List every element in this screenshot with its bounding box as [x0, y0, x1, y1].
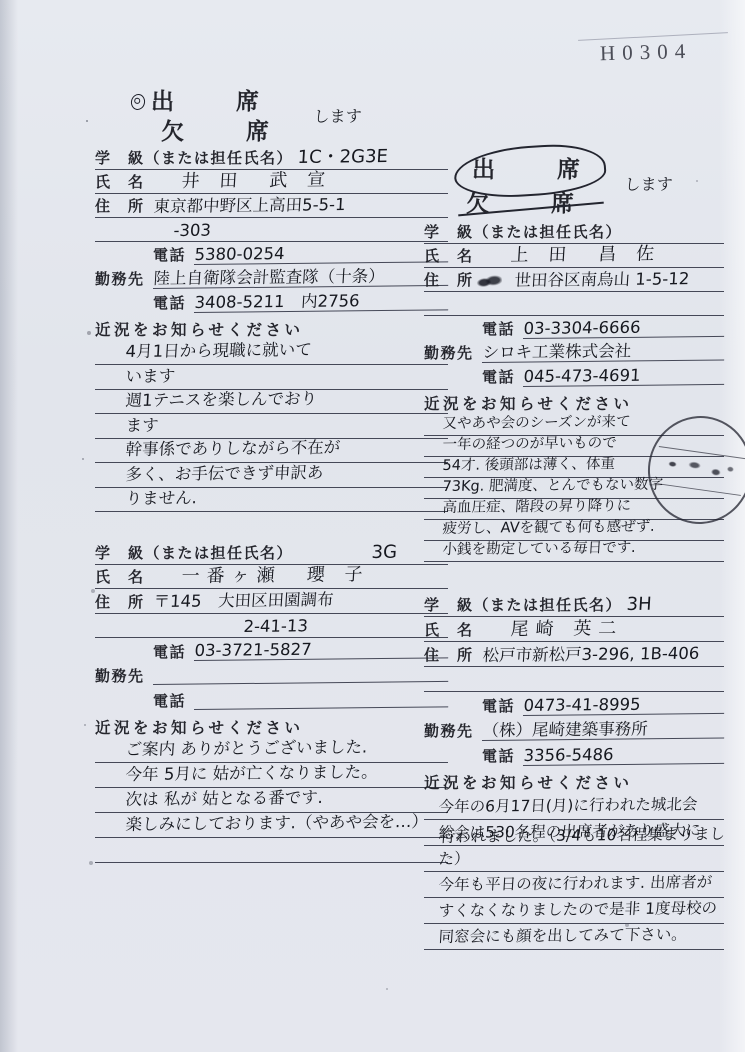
workplace-value: [153, 681, 449, 685]
address-value: 世田谷区南烏山 1-5-12: [514, 271, 690, 289]
address-row: 住 所 世田谷区南烏山 1-5-12: [424, 268, 724, 292]
phone-row: 電話 0473-41-8995: [424, 692, 724, 717]
phone-label: 電話: [482, 323, 515, 338]
attend-label: 出席: [151, 90, 321, 113]
circle-mark-icon: [129, 93, 146, 112]
address-row-2: [424, 667, 724, 692]
name-label: 氏 名: [95, 571, 145, 586]
name-row: 氏 名 一番ヶ瀬 瓔 子: [95, 565, 448, 590]
phone-value: 5380-0254: [194, 244, 449, 264]
remarks-line: 4月1日から現職に就いて: [95, 341, 448, 366]
phone-value: 03-3721-5827: [194, 640, 449, 660]
work-phone-value: 3356-5486: [523, 745, 725, 765]
class-value: 3H: [626, 596, 652, 614]
address-row: 住 所 松戸市新松戸3-296, 1B-406: [424, 642, 724, 667]
name-value: 尾崎 英二: [510, 620, 624, 639]
remarks-line: 行われました。（3/4も10名程集まりました）: [424, 846, 724, 872]
phone-label: 電話: [153, 249, 186, 264]
class-label: 学 級（または担任氏名）: [424, 599, 622, 614]
remarks-heading: 近況をお知らせください: [424, 776, 724, 792]
workplace-row: 勤務先: [95, 663, 448, 688]
phone-row: 電話 5380-0254: [95, 242, 448, 266]
absent-label: 欠席: [161, 120, 331, 143]
phone-value: 0473-41-8995: [523, 695, 725, 715]
phone-value: 03-3304-6666: [523, 318, 725, 338]
address-label: 住 所: [95, 596, 145, 611]
class-row: 学 級（または担任氏名） 1C・2G3E: [95, 146, 448, 170]
name-label: 氏 名: [424, 624, 474, 639]
address-value-2: -303: [173, 222, 211, 239]
attendance-header: 出席 します 欠席: [424, 148, 724, 220]
work-phone-value: 3408-5211 内2756: [194, 292, 449, 312]
address-value: 松戸市新松戸3-296, 1B-406: [482, 645, 700, 664]
address-label: 住 所: [95, 200, 145, 215]
workplace-label: 勤務先: [95, 670, 145, 685]
remarks-line: りません.: [95, 488, 448, 513]
name-row: 氏 名 上 田 昌 佐: [424, 244, 724, 268]
name-value: 上 田 昌 佐: [510, 245, 662, 265]
address-label: 住 所: [424, 274, 474, 289]
scan-noise: [86, 120, 88, 122]
workplace-value: 陸上自衛隊会計監査隊（十条）: [153, 267, 450, 288]
name-value: 一番ヶ瀬 瓔 子: [181, 566, 370, 586]
workplace-row: 勤務先 （株）尾崎建築事務所: [424, 717, 724, 742]
work-phone-value: 045-473-4691: [523, 366, 725, 386]
work-phone-row: 電話 3408-5211 内2756: [95, 290, 448, 314]
name-label: 氏 名: [424, 250, 474, 265]
address-row-2: -303: [95, 218, 448, 242]
workplace-label: 勤務先: [424, 347, 474, 362]
reply-form-right-bottom: 学 級（または担任氏名） 3H 氏 名 尾崎 英二 住 所 松戸市新松戸3-29…: [424, 592, 724, 950]
workplace-label: 勤務先: [95, 273, 145, 288]
phone-label: 電話: [153, 646, 186, 661]
address-row: 住 所 東京都中野区上高田5-5-1: [95, 194, 448, 218]
scanned-attendance-reply-sheet: H0304 出席 します 欠席 学 級（または担任氏名） 1C・2G3E 氏 名…: [0, 0, 745, 1052]
class-label: 学 級（または担任氏名）: [424, 226, 622, 241]
work-phone-row: 電話 045-473-4691: [424, 364, 724, 388]
stamp-illegible-text: [659, 451, 740, 488]
remarks-line: 小銭を勘定している毎日です.: [424, 541, 724, 562]
document-code-stamp: H0304: [600, 39, 693, 66]
work-phone-label: 電話: [482, 750, 515, 765]
work-phone-row: 電話: [95, 687, 448, 712]
name-label: 氏 名: [95, 176, 145, 191]
name-row: 氏 名 尾崎 英二: [424, 617, 724, 642]
address-label: 住 所: [424, 649, 474, 664]
name-value: 井 田 武 宣: [181, 171, 333, 191]
class-row: 学 級（または担任氏名） 3H: [424, 592, 724, 617]
address-value: 東京都中野区上高田5-5-1: [153, 196, 346, 215]
workplace-label: 勤務先: [424, 725, 474, 740]
workplace-value: （株）尾崎建築事務所: [482, 720, 726, 740]
work-phone-value: [194, 706, 448, 710]
address-row-2: [424, 292, 724, 316]
class-row: 学 級（または担任氏名）: [424, 220, 724, 244]
remarks-line: 今年も平日の夜に行われます. 出席者が: [424, 872, 724, 898]
attendance-header: 出席 します 欠席: [95, 88, 448, 146]
workplace-row: 勤務先 シロキ工業株式会社: [424, 340, 724, 364]
workplace-value: シロキ工業株式会社: [482, 342, 726, 362]
class-value: 3G: [371, 543, 397, 561]
work-phone-label: 電話: [153, 297, 186, 312]
remarks-line: すくなくなりましたので是非 1度母校の: [424, 898, 724, 924]
work-phone-label: 電話: [482, 371, 515, 386]
class-value: 1C・2G3E: [297, 148, 388, 167]
remarks-line: 同窓会にも顔を出してみて下さい。: [424, 924, 724, 950]
reply-form-left-top: 出席 します 欠席 学 級（または担任氏名） 1C・2G3E 氏 名 井 田 武…: [95, 88, 448, 512]
address-row-2: 2-41-13: [95, 614, 448, 639]
remarks-line: 週1テニスを楽しんでおり: [95, 390, 448, 415]
remarks-line: [95, 838, 448, 863]
name-row: 氏 名 井 田 武 宣: [95, 170, 448, 194]
ink-scribble: [475, 273, 502, 291]
address-row: 住 所 〒145 大田区田園調布: [95, 589, 448, 614]
class-row: 学 級（または担任氏名） 3G: [95, 540, 448, 565]
remarks-line: 今年の6月17日(月)に行われた城北会: [424, 794, 724, 820]
reply-form-left-bottom: 学 級（または担任氏名） 3G 氏 名 一番ヶ瀬 瓔 子 住 所 〒145 大田…: [95, 540, 448, 863]
phone-row: 電話 03-3304-6666: [424, 316, 724, 340]
remarks-line: 楽しみにしております.（やあや会を…）: [95, 813, 448, 838]
work-phone-label: 電話: [153, 695, 186, 710]
phone-row: 電話 03-3721-5827: [95, 638, 448, 663]
work-phone-row: 電話 3356-5486: [424, 742, 724, 767]
attend-label: 出席: [472, 158, 642, 181]
class-label: 学 級（または担任氏名）: [95, 547, 293, 562]
class-label: 学 級（または担任氏名）: [95, 152, 293, 167]
workplace-row: 勤務先 陸上自衛隊会計監査隊（十条）: [95, 266, 448, 290]
phone-label: 電話: [482, 700, 515, 715]
address-value: 〒145 大田区田園調布: [153, 592, 334, 610]
address-value-2: 2-41-13: [243, 618, 308, 635]
